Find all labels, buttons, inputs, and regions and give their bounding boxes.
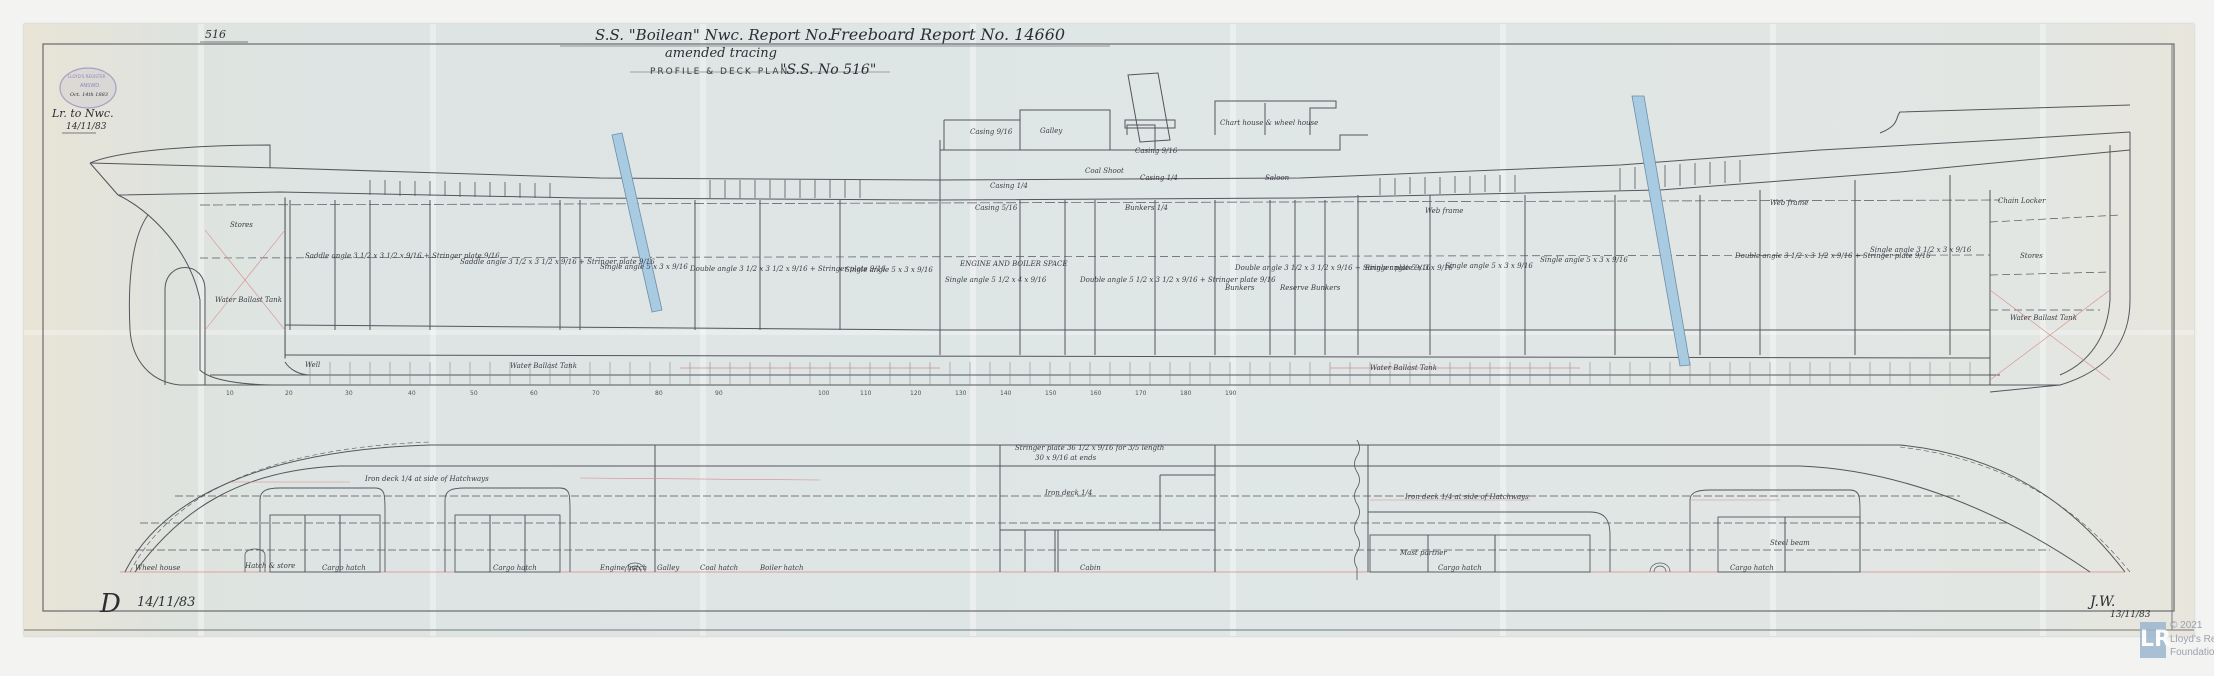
svg-text:Stores: Stores xyxy=(2020,252,2043,260)
copyright-text: © 2021 xyxy=(2170,620,2202,631)
svg-text:Galley: Galley xyxy=(657,564,680,572)
svg-text:Oct. 14th 1883: Oct. 14th 1883 xyxy=(70,92,108,98)
svg-text:Cargo hatch: Cargo hatch xyxy=(322,564,366,572)
profile-view xyxy=(90,73,2130,392)
svg-text:Coal Shoot: Coal Shoot xyxy=(1085,167,1124,175)
svg-text:Water Ballast Tank: Water Ballast Tank xyxy=(1370,364,1437,372)
title-line: S.S. "Boilean" Nwc. Report No. xyxy=(595,26,832,44)
svg-text:Web frame: Web frame xyxy=(1425,207,1463,215)
svg-text:ANSWD.: ANSWD. xyxy=(80,83,101,89)
org-name-line1: Lloyd's Register xyxy=(2170,634,2214,645)
svg-text:Mast partner: Mast partner xyxy=(1399,549,1447,557)
svg-text:Water Ballast Tank: Water Ballast Tank xyxy=(510,362,577,370)
svg-text:14/11/83: 14/11/83 xyxy=(137,595,195,610)
ship-drawing: 516 S.S. "Boilean" Nwc. Report No. Freeb… xyxy=(0,0,2214,676)
svg-text:Hatch & store: Hatch & store xyxy=(244,562,295,570)
svg-text:30 x 9/16 at ends: 30 x 9/16 at ends xyxy=(1035,454,1097,462)
freeboard-report: Freeboard Report No. 14660 xyxy=(829,25,1065,44)
svg-text:LLOYD'S REGISTER: LLOYD'S REGISTER xyxy=(68,74,106,79)
frame-numbers: 10 20 30 40 50 60 70 80 90 100 110 120 1… xyxy=(226,390,1237,397)
svg-text:130: 130 xyxy=(955,390,967,397)
drawing-border xyxy=(43,44,2174,611)
svg-text:150: 150 xyxy=(1045,390,1057,397)
subtitle: amended tracing xyxy=(665,46,777,61)
svg-text:Casing 1/4: Casing 1/4 xyxy=(990,182,1028,190)
svg-text:Iron deck 1/4 at side of Hatch: Iron deck 1/4 at side of Hatchways xyxy=(1404,493,1529,501)
svg-text:Steel beam: Steel beam xyxy=(1770,539,1810,547)
svg-text:140: 140 xyxy=(1000,390,1012,397)
svg-text:Engine hatch: Engine hatch xyxy=(599,564,647,572)
svg-text:Bunkers 1/4: Bunkers 1/4 xyxy=(1124,204,1168,212)
ship-number: "S.S. No 516" xyxy=(780,62,876,78)
svg-text:Cabin: Cabin xyxy=(1080,564,1101,572)
svg-text:Chart house & wheel house: Chart house & wheel house xyxy=(1220,119,1318,127)
svg-text:110: 110 xyxy=(860,390,872,397)
lloyds-stamp: LLOYD'S REGISTER ANSWD. Oct. 14th 1883 xyxy=(60,68,116,108)
svg-text:Coal hatch: Coal hatch xyxy=(700,564,738,572)
svg-text:Single angle 5 x 3 x 9/16: Single angle 5 x 3 x 9/16 xyxy=(600,263,688,271)
svg-text:Reserve Bunkers: Reserve Bunkers xyxy=(1279,284,1341,292)
svg-text:Double angle 5 1/2 x 3 1/2 x 9: Double angle 5 1/2 x 3 1/2 x 9/16 + Stri… xyxy=(1079,276,1276,284)
plan-title: PROFILE & DECK PLAN xyxy=(650,67,789,77)
svg-text:Stores: Stores xyxy=(230,221,253,229)
svg-text:40: 40 xyxy=(408,390,416,397)
svg-text:Web frame: Web frame xyxy=(1770,199,1808,207)
svg-text:Water Ballast Tank: Water Ballast Tank xyxy=(215,296,282,304)
svg-text:ENGINE AND BOILER SPACE: ENGINE AND BOILER SPACE xyxy=(959,260,1068,268)
svg-text:10: 10 xyxy=(226,390,234,397)
svg-text:Bunkers: Bunkers xyxy=(1224,284,1255,292)
svg-text:Cargo hatch: Cargo hatch xyxy=(1730,564,1774,572)
svg-text:Chain Locker: Chain Locker xyxy=(1998,197,2046,205)
signature-left: D 14/11/83 xyxy=(99,589,195,619)
org-name-line2: Foundation xyxy=(2170,647,2214,658)
svg-text:Single angle 5 x 3 x 9/16: Single angle 5 x 3 x 9/16 xyxy=(1540,256,1628,264)
deck-labels: Iron deck 1/4 at side of Hatchways Strin… xyxy=(135,444,1810,572)
svg-text:Boiler hatch: Boiler hatch xyxy=(759,564,803,572)
svg-text:Single angle 5 x 3 x 9/16: Single angle 5 x 3 x 9/16 xyxy=(1365,264,1453,272)
svg-text:Cargo hatch: Cargo hatch xyxy=(493,564,537,572)
svg-text:120: 120 xyxy=(910,390,922,397)
stamp-annotation: Lr. to Nwc. xyxy=(51,107,114,120)
svg-text:180: 180 xyxy=(1180,390,1192,397)
svg-text:Wheel house: Wheel house xyxy=(135,564,180,572)
svg-text:90: 90 xyxy=(715,390,723,397)
stamp-annotation-date: 14/11/83 xyxy=(66,122,107,132)
svg-text:Galley: Galley xyxy=(1040,127,1063,135)
svg-text:Stringer plate 36 1/2 x 9/16 f: Stringer plate 36 1/2 x 9/16 for 3/5 len… xyxy=(1015,444,1164,452)
svg-text:Saloon: Saloon xyxy=(1265,174,1290,182)
svg-text:Casing 9/16: Casing 9/16 xyxy=(1135,147,1178,155)
svg-text:100: 100 xyxy=(818,390,830,397)
svg-text:170: 170 xyxy=(1135,390,1147,397)
svg-text:Casing 1/4: Casing 1/4 xyxy=(1140,174,1178,182)
svg-text:80: 80 xyxy=(655,390,663,397)
svg-text:J.W.: J.W. xyxy=(2087,594,2115,610)
svg-text:D: D xyxy=(99,589,121,619)
svg-text:30: 30 xyxy=(345,390,353,397)
svg-text:60: 60 xyxy=(530,390,538,397)
deck-plan-view xyxy=(120,440,2130,580)
svg-text:Well: Well xyxy=(305,361,320,369)
svg-text:160: 160 xyxy=(1090,390,1102,397)
svg-text:Water Ballast Tank: Water Ballast Tank xyxy=(2010,314,2077,322)
mainmast xyxy=(1632,96,1690,366)
svg-text:Iron deck 1/4: Iron deck 1/4 xyxy=(1044,489,1092,497)
svg-text:Single angle 5 x 3 x 9/16: Single angle 5 x 3 x 9/16 xyxy=(845,266,933,274)
svg-text:Iron deck 1/4 at side of Hatch: Iron deck 1/4 at side of Hatchways xyxy=(364,475,489,483)
foremast xyxy=(612,133,662,312)
svg-text:Single angle 3 1/2 x 3 x 9/16: Single angle 3 1/2 x 3 x 9/16 xyxy=(1870,246,1972,254)
profile-labels: Stores Water Ballast Tank Well Water Bal… xyxy=(215,119,2077,372)
svg-text:70: 70 xyxy=(592,390,600,397)
svg-text:13/11/83: 13/11/83 xyxy=(2110,610,2151,620)
svg-text:Single angle 5 x 3 x 9/16: Single angle 5 x 3 x 9/16 xyxy=(1445,262,1533,270)
svg-text:50: 50 xyxy=(470,390,478,397)
svg-text:Casing 5/16: Casing 5/16 xyxy=(975,204,1018,212)
svg-text:Single angle 5 1/2 x 4 x 9/16: Single angle 5 1/2 x 4 x 9/16 xyxy=(945,276,1047,284)
signature-right: J.W. 13/11/83 xyxy=(2087,594,2151,620)
lloyds-register-watermark: LR © 2021 Lloyd's Register Foundation xyxy=(2140,620,2214,670)
svg-text:190: 190 xyxy=(1225,390,1237,397)
svg-text:Cargo hatch: Cargo hatch xyxy=(1438,564,1482,572)
svg-text:Casing 9/16: Casing 9/16 xyxy=(970,128,1013,136)
svg-text:20: 20 xyxy=(285,390,293,397)
corner-number: 516 xyxy=(205,28,226,41)
lr-logo: LR xyxy=(2140,622,2166,658)
